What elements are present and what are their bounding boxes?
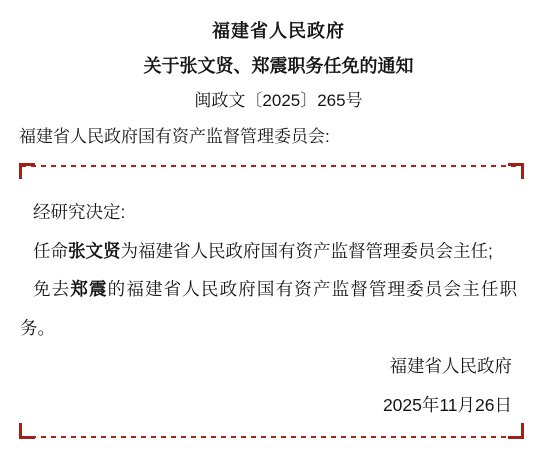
- removal-prefix: 免去: [33, 279, 70, 299]
- signature-date: 2025年11月26日: [20, 386, 523, 425]
- dashed-line-bottom: [21, 436, 522, 438]
- document-title-org: 福建省人民政府: [0, 0, 557, 44]
- appointee-name: 张文贤: [68, 241, 121, 261]
- document-title-subject: 关于张文贤、郑震职务任免的通知: [0, 53, 557, 79]
- signature-org: 福建省人民政府: [20, 347, 523, 386]
- document-number: 闽政文〔2025〕265号: [0, 88, 557, 114]
- appointment-paragraph: 任命张文贤为福建省人民政府国有资产监督管理委员会主任;: [20, 232, 523, 271]
- corner-bracket-bottom-right-icon: [508, 423, 524, 439]
- corner-bracket-top-left-icon: [19, 163, 35, 179]
- appointment-suffix: 为福建省人民政府国有资产监督管理委员会主任;: [121, 241, 493, 261]
- recipient-line: 福建省人民政府国有资产监督管理委员会:: [0, 124, 557, 150]
- corner-bracket-bottom-left-icon: [19, 423, 35, 439]
- corner-bracket-top-right-icon: [508, 163, 524, 179]
- removed-name: 郑震: [70, 279, 107, 299]
- dashed-line-top: [21, 165, 522, 167]
- appointment-prefix: 任命: [33, 241, 68, 261]
- notice-document: 福建省人民政府 关于张文贤、郑震职务任免的通知 闽政文〔2025〕265号 福建…: [0, 0, 557, 463]
- removal-paragraph: 免去郑震的福建省人民政府国有资产监督管理委员会主任职务。: [20, 270, 523, 347]
- highlight-region: 经研究决定: 任命张文贤为福建省人民政府国有资产监督管理委员会主任; 免去郑震的…: [20, 165, 523, 438]
- decision-intro: 经研究决定:: [20, 193, 523, 232]
